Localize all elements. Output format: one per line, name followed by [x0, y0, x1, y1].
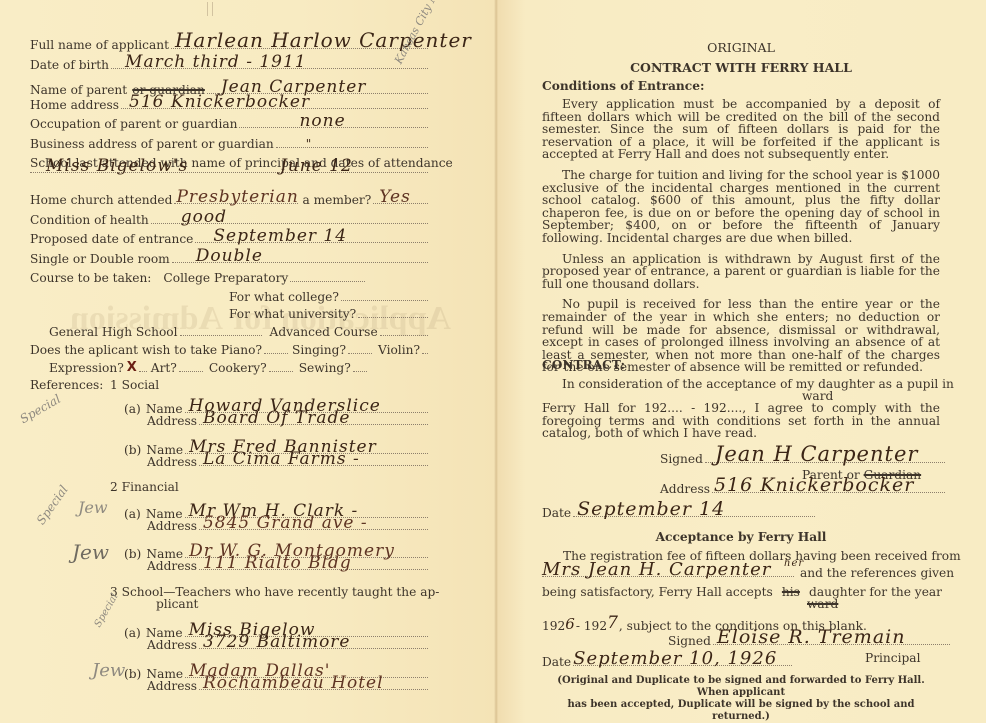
ref-tag: (a) [124, 626, 141, 640]
contract-original-label: ORIGINAL [541, 40, 941, 55]
general-hs-label: General High School [49, 325, 178, 339]
school-heading-line2: plicant [156, 597, 198, 611]
principal-signature-field: Signed Eloise R. Tremain [668, 634, 950, 648]
margin-note-financial-b: Jew [72, 540, 109, 564]
dob-field: Date of birth March third - 1911 [30, 58, 428, 72]
address-label: Address [147, 638, 197, 652]
occupation-field: Occupation of parent or guardian none [30, 117, 428, 131]
contract-heading: CONTRACT: [542, 358, 625, 372]
contract-address-field: Address 516 Knickerbocker [660, 482, 945, 496]
health-label: Condition of health [30, 213, 149, 227]
sewing-label: Sewing? [299, 361, 351, 375]
course-label: Course to be taken: [30, 271, 151, 285]
health-value[interactable]: good [181, 207, 227, 227]
member-label: a member? [302, 193, 371, 207]
date-label: Date [542, 655, 571, 669]
cookery-label: Cookery? [209, 361, 267, 375]
general-advanced-field: General High School Advanced Course [49, 325, 428, 339]
entrance-date-value[interactable]: September 14 [213, 226, 347, 246]
financial-ref-a-address-value[interactable]: 5845 Grand ave - [203, 513, 368, 533]
address-label: Address [147, 414, 197, 428]
ward-struck: ward [807, 597, 838, 611]
contract-body-text: Ferry Hall for 192.... - 192...., I agre… [542, 402, 940, 440]
parent-label: Name of parent [30, 83, 127, 97]
year-digit-2[interactable]: 7 [607, 613, 619, 633]
advanced-course-blank[interactable] [380, 335, 428, 336]
for-college-blank[interactable] [341, 300, 428, 301]
financial-ref-a-address: Address 5845 Grand ave - [147, 519, 428, 533]
school-ref-a-address: Address 3729 Baltimore [147, 638, 428, 652]
ref-tag: (a) [124, 507, 141, 521]
contract-title: CONTRACT WITH FERRY HALL [541, 60, 941, 75]
address-label: Address [147, 559, 197, 573]
social-ref-a-address-value[interactable]: Board Of Trade [203, 408, 350, 428]
piano-blank[interactable] [264, 353, 288, 354]
violin-label: Violin? [378, 343, 420, 357]
footnote-line2: has been accepted, Duplicate will be sig… [541, 699, 941, 723]
financial-heading: 2 Financial [110, 480, 179, 494]
art-blank[interactable] [179, 371, 203, 372]
acceptance-line3-start: being satisfactory, Ferry Hall accepts [542, 585, 773, 599]
footnote-line1: (Original and Duplicate to be signed and… [541, 675, 941, 699]
social-ref-b-address: Address La Cima Farms - [147, 455, 428, 469]
school-last-attended-date[interactable]: June 12 [280, 156, 353, 176]
occupation-value[interactable]: none [299, 111, 345, 131]
home-address-field: Home address 516 Knickerbocker [30, 98, 428, 112]
parent-signature[interactable]: Jean H Carpenter [715, 442, 918, 466]
cookery-blank[interactable] [269, 371, 293, 372]
year-prefix-1: 192 [542, 619, 565, 633]
room-value[interactable]: Double [196, 246, 263, 266]
social-ref-b-address-value[interactable]: La Cima Farms - [203, 449, 360, 469]
college-prep-label: College Preparatory [163, 271, 288, 285]
school-last-attended-field: Miss Bigelow's June 12 [30, 172, 428, 176]
room-field: Single or Double room Double [30, 252, 428, 266]
acceptance-date-field: Date September 10, 1926 [542, 655, 792, 669]
entrance-date-field: Proposed date of entrance September 14 [30, 232, 428, 246]
financial-ref-b-address: Address 111 Rialto Bldg [147, 559, 428, 573]
address-label: Address [147, 455, 197, 469]
contract-date-value[interactable]: September 14 [577, 498, 725, 520]
year-sep: - 192 [576, 619, 607, 633]
his-struck: his [782, 585, 800, 599]
condition-deposit: Every application must be accompanied by… [542, 98, 940, 161]
references-label: References: [30, 378, 103, 392]
contract-body: Ferry Hall for 192.... - 192...., I agre… [542, 402, 940, 448]
art-label: Art? [151, 361, 177, 375]
principal-signature[interactable]: Eloise R. Tremain [717, 626, 906, 648]
expression-check-mark[interactable]: X [127, 360, 137, 375]
her-insert: her [784, 558, 804, 569]
ref-tag: (b) [124, 443, 141, 457]
social-ref-a-address: Address Board Of Trade [147, 414, 428, 428]
college-prep-blank[interactable] [290, 281, 365, 282]
full-name-field: Full name of applicant Harlean Harlow Ca… [30, 38, 428, 52]
address-label: Address [660, 482, 710, 496]
condition-withdrawal: Unless an application is withdrawn by Au… [542, 253, 940, 291]
home-church-value[interactable]: Presbyterian [176, 187, 298, 207]
condition-charges: The charge for tuition and living for th… [542, 169, 940, 245]
address-label: Address [147, 679, 197, 693]
home-address-value[interactable]: 516 Knickerbocker [129, 92, 310, 112]
school-ref-a-address-value[interactable]: 3729 Baltimore [203, 632, 351, 652]
parent-signature-field: Signed Jean H Carpenter [660, 452, 945, 466]
contract-date-field: Date September 14 [542, 506, 815, 520]
social-heading: 1 Social [110, 378, 159, 392]
for-university-field: For what university? [229, 307, 428, 321]
lessons-field-2: Expression? X Art? Cookery? Sewing? [49, 360, 367, 375]
signed-label: Signed [668, 634, 711, 648]
home-address-label: Home address [30, 98, 119, 112]
advanced-course-label: Advanced Course [270, 325, 378, 339]
conditions-list: Every application must be accompanied by… [542, 98, 940, 382]
lessons-field: Does the aplicant wish to take Piano? Si… [30, 343, 428, 357]
full-name-label: Full name of applicant [30, 38, 169, 52]
acceptance-heading: Acceptance by Ferry Hall [541, 530, 941, 544]
home-church-field: Home church attended Presbyterian a memb… [30, 193, 428, 207]
acceptance-from-value[interactable]: Mrs Jean H. Carpenter [542, 559, 771, 580]
violin-blank[interactable] [422, 353, 428, 354]
sewing-blank[interactable] [353, 371, 367, 372]
course-field: Course to be taken: College Preparatory [30, 271, 365, 285]
footnote: (Original and Duplicate to be signed and… [541, 675, 941, 723]
acceptance-from-field: Mrs Jean H. Carpenter and the references… [542, 566, 942, 580]
acceptance-line3: being satisfactory, Ferry Hall accepts h… [542, 585, 942, 599]
for-university-label: For what university? [229, 307, 356, 321]
contract-line1: In consideration of the acceptance of my… [562, 377, 954, 391]
page-fold [494, 0, 498, 723]
ref-tag: (b) [124, 547, 141, 561]
singing-blank[interactable] [348, 353, 372, 354]
school-ref-b-address-value[interactable]: Rochambeau Hotel [203, 673, 384, 693]
principal-label: Principal [865, 651, 920, 665]
margin-note-financial-a: Jew [78, 498, 108, 517]
dob-label: Date of birth [30, 58, 109, 72]
expression-label: Expression? [49, 361, 124, 375]
for-college-label: For what college? [229, 290, 339, 304]
margin-note-school-b: Jew [92, 660, 125, 681]
for-university-blank[interactable] [358, 317, 428, 318]
ref-tag: (b) [124, 667, 141, 681]
school-ref-b-address: Address Rochambeau Hotel [147, 679, 428, 693]
year-digit-1[interactable]: 6 [565, 615, 576, 633]
date-label: Date [542, 506, 571, 520]
address-label: Address [147, 519, 197, 533]
singing-label: Singing? [292, 343, 346, 357]
business-address-label: Business address of parent or guardian [30, 137, 274, 151]
piano-question: Does the aplicant wish to take Piano? [30, 343, 262, 357]
signed-label: Signed [660, 452, 703, 466]
health-field: Condition of health good [30, 213, 428, 227]
staple-mark [207, 2, 213, 16]
ref-tag: (a) [124, 402, 141, 416]
business-address-field: Business address of parent or guardian " [30, 137, 428, 151]
financial-ref-b-address-value[interactable]: 111 Rialto Bldg [203, 553, 352, 573]
acceptance-line2-tail: and the references given [800, 566, 954, 580]
full-name-value[interactable]: Harlean Harlow Carpenter [175, 28, 472, 52]
occupation-label: Occupation of parent or guardian [30, 117, 237, 131]
school-last-attended-value[interactable]: Miss Bigelow's [46, 156, 188, 176]
general-hs-blank[interactable] [180, 335, 262, 336]
dob-value[interactable]: March third - 1911 [125, 52, 307, 72]
entrance-date-label: Proposed date of entrance [30, 232, 193, 246]
contract-address-value[interactable]: 516 Knickerbocker [714, 474, 914, 496]
for-college-field: For what college? [229, 290, 428, 304]
member-value[interactable]: Yes [379, 187, 411, 207]
conditions-heading: Conditions of Entrance: [542, 79, 704, 93]
acceptance-date-value[interactable]: September 10, 1926 [573, 648, 777, 669]
business-address-value[interactable]: " [306, 137, 313, 151]
room-label: Single or Double room [30, 252, 170, 266]
home-church-label: Home church attended [30, 193, 172, 207]
